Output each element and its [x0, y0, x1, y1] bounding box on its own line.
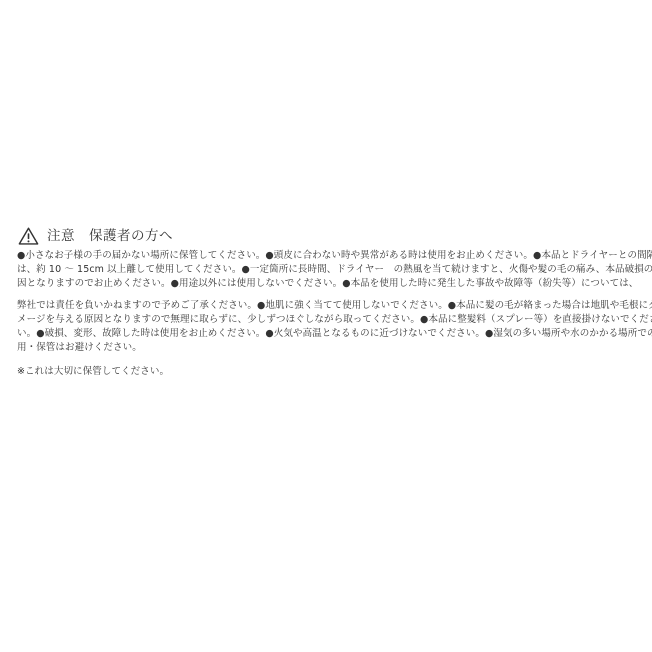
warning-text-line: 用・保管はお避けください。: [17, 341, 639, 355]
warning-paragraph-1: ●小さなお子様の手の届かない場所に保管してください。●頭皮に合わない時や異常があ…: [17, 249, 639, 291]
warning-text-line: メージを与える原因となりますので無理に取らずに、少しずつほぐしながら取ってくださ…: [17, 313, 639, 327]
footnote: ※これは大切に保管してください。: [17, 365, 169, 379]
warning-paragraph-2: 弊社では責任を負いかねますので予めご了承ください。●地肌に強く当てて使用しないで…: [17, 299, 639, 355]
warning-text-line: い。●破損、変形、故障した時は使用をお止めください。●火気や高温となるものに近づ…: [17, 327, 639, 341]
caution-title: 注意 保護者の方へ: [47, 227, 173, 245]
warning-text-line: は、約 10 ～ 15cm 以上離して使用してください。●一定箇所に長時間、ドラ…: [17, 263, 639, 277]
caution-header: 注意 保護者の方へ: [17, 226, 173, 246]
warning-text-line: 因となりますのでお止めください。●用途以外には使用しないでください。●本品を使用…: [17, 277, 639, 291]
warning-text-line: ●小さなお子様の手の届かない場所に保管してください。●頭皮に合わない時や異常があ…: [17, 249, 639, 263]
warning-text-line: 弊社では責任を負いかねますので予めご了承ください。●地肌に強く当てて使用しないで…: [17, 299, 639, 313]
warning-triangle-icon: [17, 226, 40, 246]
